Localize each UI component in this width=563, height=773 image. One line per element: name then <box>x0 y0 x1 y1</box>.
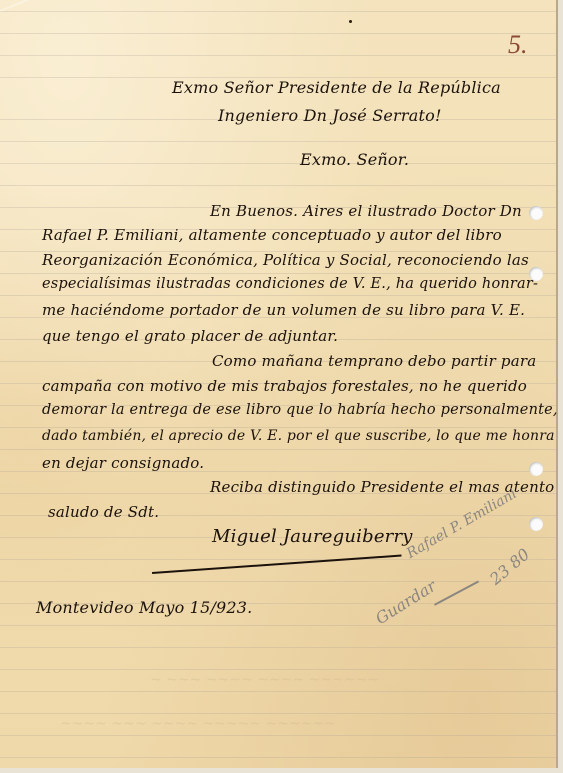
body-line-11: en dejar consignado. <box>42 454 204 472</box>
ink-dot <box>349 20 352 23</box>
punch-hole <box>529 517 543 531</box>
body-line-7: Como mañana temprano debo partir para <box>212 352 536 370</box>
punch-hole <box>529 206 543 220</box>
letter-page: 5. Exmo Señor Presidente de la República… <box>0 0 558 768</box>
body-line-5: me haciéndome portador de un volumen de … <box>42 301 525 319</box>
punch-hole <box>529 267 543 281</box>
signature: Miguel Jaureguiberry <box>212 526 413 547</box>
body-line-6: que tengo el grato placer de adjuntar. <box>42 327 338 345</box>
body-line-3: Reorganización Económica, Política y Soc… <box>42 251 529 269</box>
bleed-through-text: ~~~~ ~~~ ~~~~ ~~~~~ ~~~~~~ <box>60 716 336 732</box>
body-line-8: campaña con motivo de mis trabajos fores… <box>42 377 527 395</box>
body-line-13: saludo de Sdt. <box>48 503 159 521</box>
body-line-10: dado también, el aprecio de V. E. por el… <box>42 428 555 444</box>
page-number: 5. <box>508 30 528 60</box>
body-line-4: especialísimas ilustradas condiciones de… <box>42 276 538 292</box>
punch-hole <box>529 462 543 476</box>
bleed-through-text: ~ ~~~ ~~~~ ~~~~ ~~~~~~ <box>150 672 379 688</box>
body-line-1: En Buenos. Aires el ilustrado Doctor Dn <box>210 202 522 220</box>
place-date: Montevideo Mayo 15/923. <box>36 598 252 617</box>
body-line-9: demorar la entrega de ese libro que lo h… <box>42 402 558 418</box>
address-line-2: Ingeniero Dn José Serrato! <box>218 106 442 125</box>
body-line-2: Rafael P. Emiliani, altamente conceptuad… <box>42 226 502 244</box>
address-line-1: Exmo Señor Presidente de la República <box>172 78 501 97</box>
salutation: Exmo. Señor. <box>300 150 409 169</box>
